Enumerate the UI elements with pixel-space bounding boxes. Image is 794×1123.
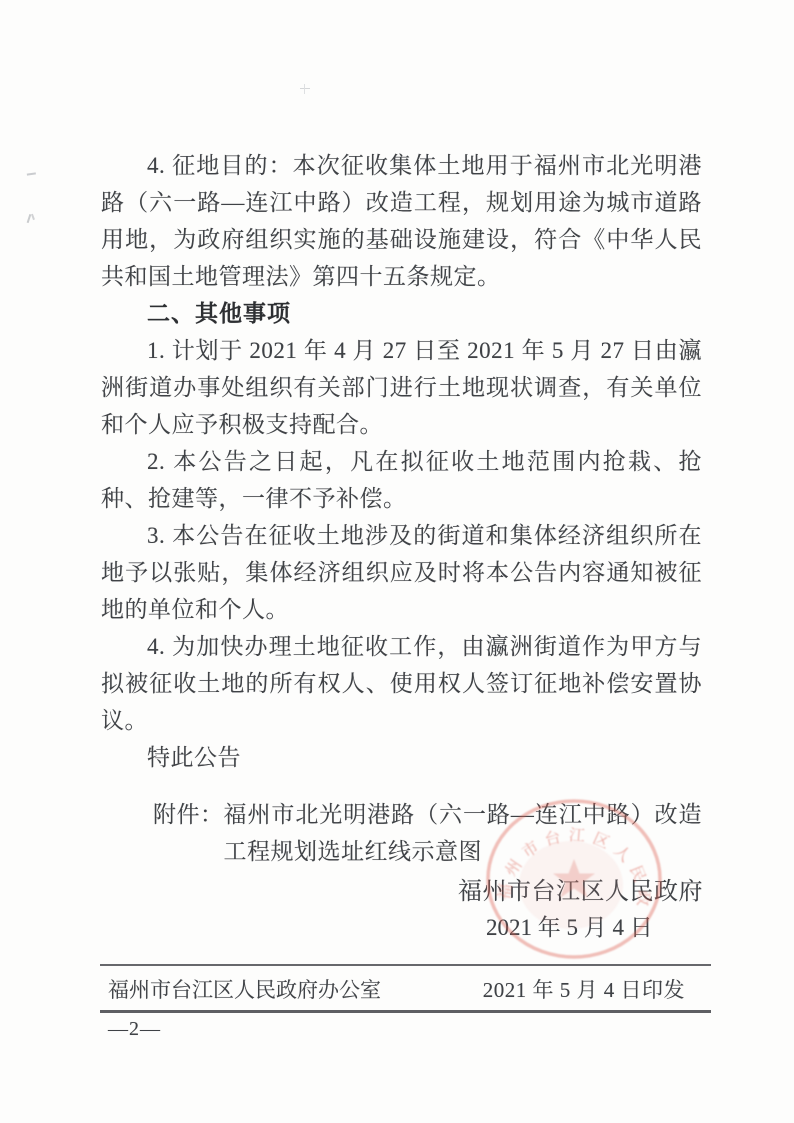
footer-rule-top <box>100 964 711 966</box>
scan-artifact <box>27 214 35 223</box>
footer-office: 福州市台江区人民政府办公室 <box>100 974 381 1004</box>
scan-artifact <box>300 84 310 94</box>
signature-date: 2021 年 5 月 4 日 <box>486 909 653 942</box>
paragraph-item-4: 4. 为加快办理土地征收工作，由瀛洲街道作为甲方与拟被征收土地的所有权人、使用权… <box>101 628 702 739</box>
closing-statement: 特此公告 <box>101 739 702 776</box>
attachment-note: 附件： 福州市北光明港路（六一路—连江中路）改造工程规划选址红线示意图 <box>153 796 702 870</box>
page-number: —2— <box>108 1018 161 1041</box>
paragraph-item-3: 3. 本公告在征收土地涉及的街道和集体经济组织所在地予以张贴，集体经济组织应及时… <box>101 517 702 628</box>
attachment-label: 附件： <box>153 796 224 870</box>
paragraph-land-purpose: 4. 征地目的：本次征收集体土地用于福州市北光明港路（六一路—连江中路）改造工程… <box>101 147 702 295</box>
paragraph-item-1: 1. 计划于 2021 年 4 月 27 日至 2021 年 5 月 27 日由… <box>101 332 702 443</box>
section-heading-other-matters: 二、其他事项 <box>101 295 702 332</box>
attachment-title: 福州市北光明港路（六一路—连江中路）改造工程规划选址红线示意图 <box>224 796 703 870</box>
signature-issuer: 福州市台江区人民政府 <box>458 871 703 906</box>
scan-artifact <box>27 172 36 177</box>
document-page: 4. 征地目的：本次征收集体土地用于福州市北光明港路（六一路—连江中路）改造工程… <box>0 0 794 1123</box>
footer-row: 福州市台江区人民政府办公室 2021 年 5 月 4 日印发 <box>100 974 711 1004</box>
footer-rule-bottom <box>100 1010 711 1013</box>
footer-print-date: 2021 年 5 月 4 日印发 <box>483 974 711 1004</box>
document-body: 4. 征地目的：本次征收集体土地用于福州市北光明港路（六一路—连江中路）改造工程… <box>101 147 702 870</box>
paragraph-item-2: 2. 本公告之日起，凡在拟征收土地范围内抢栽、抢种、抢建等，一律不予补偿。 <box>101 443 702 517</box>
